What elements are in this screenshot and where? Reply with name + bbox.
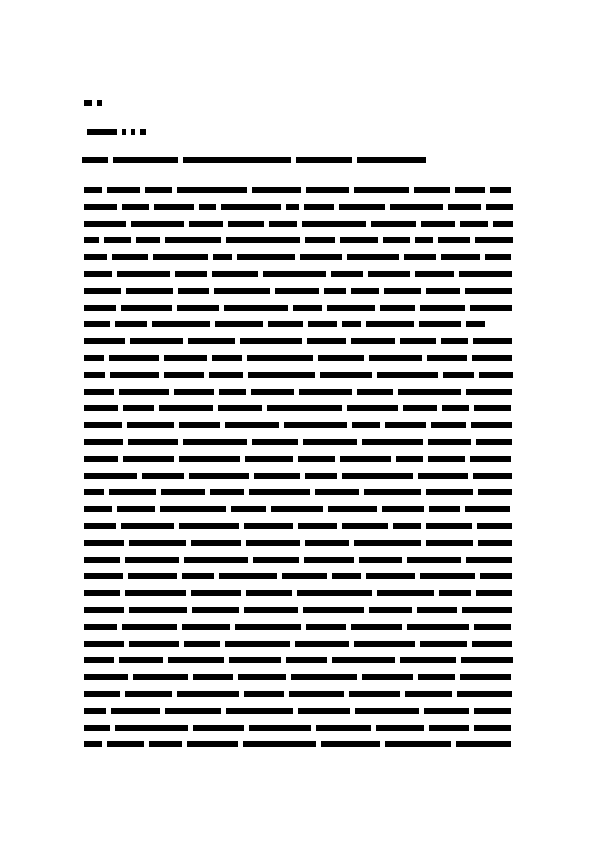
word-block [225, 641, 290, 647]
word-block [351, 624, 402, 630]
word-block [421, 221, 455, 227]
word-block [357, 389, 393, 395]
word-block [149, 741, 182, 747]
word-block [243, 741, 316, 747]
word-block [455, 187, 485, 193]
word-block [268, 321, 303, 327]
word-block [304, 204, 334, 210]
word-block [182, 624, 230, 630]
word-block [84, 221, 126, 227]
word-block [362, 674, 413, 680]
word-block [419, 321, 461, 327]
word-block [253, 557, 299, 563]
word-block [178, 288, 209, 294]
word-block [246, 590, 292, 596]
word-block [193, 674, 233, 680]
word-block [371, 221, 416, 227]
word-block [297, 590, 372, 596]
word-block [420, 641, 467, 647]
word-block [357, 157, 426, 163]
word-block [295, 641, 349, 647]
word-block [400, 338, 436, 344]
word-block [441, 338, 468, 344]
word-block [263, 271, 326, 277]
word-block [479, 372, 513, 378]
word-block [84, 708, 106, 714]
word-block [189, 473, 249, 479]
word-block [377, 372, 438, 378]
word-block [316, 725, 371, 731]
word-block [289, 691, 344, 697]
word-block [465, 506, 510, 512]
word-block [179, 456, 240, 462]
word-block [342, 523, 388, 529]
word-block [142, 473, 184, 479]
word-block [112, 254, 148, 260]
word-block [315, 489, 359, 495]
word-block [462, 607, 512, 613]
word-block [226, 708, 293, 714]
word-block [254, 473, 300, 479]
word-block [417, 607, 457, 613]
word-block [359, 557, 402, 563]
word-block [115, 321, 147, 327]
word-block [307, 338, 346, 344]
word-block [129, 641, 179, 647]
word-block [327, 305, 375, 311]
word-block [125, 691, 172, 697]
word-block [465, 288, 512, 294]
word-block [418, 674, 455, 680]
word-block [427, 355, 467, 361]
word-block [84, 674, 128, 680]
word-block [84, 321, 110, 327]
word-block [84, 573, 123, 579]
word-block [490, 187, 511, 193]
word-block [474, 405, 511, 411]
word-block [404, 254, 436, 260]
word-block [117, 506, 155, 512]
word-block [84, 590, 120, 596]
word-block [107, 741, 144, 747]
word-block [84, 523, 116, 529]
word-block [240, 338, 302, 344]
word-block [249, 725, 311, 731]
word-block [393, 523, 421, 529]
word-block [351, 288, 379, 294]
word-block [159, 405, 213, 411]
word-block [84, 641, 124, 647]
word-block [396, 456, 423, 462]
word-block [303, 607, 364, 613]
word-block [429, 725, 469, 731]
word-block [252, 439, 298, 445]
word-block [420, 305, 465, 311]
word-block [189, 221, 223, 227]
word-block [380, 305, 415, 311]
word-block [127, 422, 174, 428]
word-block [165, 708, 221, 714]
word-block [354, 540, 421, 546]
word-block [109, 489, 156, 495]
word-block [136, 237, 160, 243]
word-block [84, 691, 120, 697]
word-block [179, 523, 239, 529]
word-block [161, 489, 205, 495]
word-block [286, 204, 299, 210]
word-block [109, 355, 159, 361]
word-block [485, 254, 511, 260]
word-block [305, 540, 349, 546]
word-block [441, 254, 480, 260]
word-block [119, 389, 169, 395]
word-block [318, 355, 364, 361]
word-block [165, 237, 221, 243]
word-block [382, 506, 424, 512]
word-block [84, 489, 104, 495]
word-block [472, 355, 512, 361]
word-block [252, 187, 301, 193]
word-block [466, 389, 512, 395]
word-block [193, 725, 244, 731]
word-block [245, 456, 293, 462]
word-block [368, 271, 410, 277]
word-block [133, 674, 188, 680]
word-block [97, 100, 102, 106]
word-block [84, 271, 112, 277]
word-block [153, 254, 208, 260]
word-block [398, 389, 461, 395]
word-block [298, 523, 337, 529]
word-block [308, 321, 337, 327]
word-block [125, 557, 179, 563]
word-block [251, 389, 294, 395]
word-block [84, 204, 117, 210]
word-block [122, 624, 177, 630]
word-block [473, 473, 512, 479]
word-block [235, 624, 301, 630]
word-block [212, 271, 258, 277]
word-block [218, 405, 262, 411]
word-block [478, 489, 512, 495]
word-block [355, 708, 419, 714]
word-block [237, 254, 295, 260]
word-block [493, 221, 513, 227]
word-block [415, 271, 454, 277]
word-block [184, 557, 248, 563]
word-block [477, 523, 512, 529]
word-block [184, 641, 220, 647]
word-block [457, 691, 512, 697]
word-block [400, 657, 456, 663]
word-block [306, 187, 349, 193]
word-block [426, 288, 460, 294]
word-block [187, 741, 238, 747]
word-block [271, 506, 323, 512]
word-block [383, 237, 410, 243]
word-block [420, 573, 475, 579]
word-block [486, 204, 513, 210]
word-block [470, 456, 511, 462]
word-block [213, 254, 232, 260]
word-block [215, 321, 263, 327]
word-block [192, 607, 239, 613]
word-block [362, 439, 423, 445]
word-block [339, 204, 385, 210]
word-block [332, 657, 395, 663]
word-block [244, 691, 284, 697]
word-block [82, 157, 108, 163]
word-block [369, 607, 412, 613]
word-block [160, 506, 226, 512]
word-block [175, 271, 207, 277]
word-block [328, 506, 377, 512]
word-block [84, 237, 99, 243]
word-block [275, 288, 319, 294]
word-block [426, 489, 473, 495]
word-block [191, 540, 241, 546]
word-block [466, 557, 512, 563]
word-block [349, 691, 400, 697]
word-block [438, 237, 470, 243]
word-block [385, 422, 426, 428]
word-block [119, 657, 163, 663]
word-block [470, 305, 512, 311]
word-block [472, 641, 512, 647]
word-block [84, 439, 123, 445]
word-block [284, 422, 347, 428]
word-block [84, 254, 107, 260]
word-block [84, 372, 105, 378]
word-block [456, 741, 511, 747]
word-block [131, 129, 135, 135]
word-block [84, 187, 102, 193]
word-block [299, 389, 352, 395]
word-block [122, 204, 149, 210]
word-block [130, 338, 183, 344]
word-block [115, 725, 188, 731]
word-block [131, 221, 184, 227]
word-block [405, 691, 452, 697]
word-block [460, 674, 511, 680]
word-block [306, 624, 346, 630]
word-block [352, 422, 380, 428]
word-block [129, 607, 187, 613]
word-block [128, 573, 177, 579]
word-block [110, 372, 159, 378]
word-block [87, 129, 117, 135]
word-block [476, 439, 512, 445]
word-block [302, 221, 366, 227]
word-block [298, 456, 335, 462]
word-block [461, 657, 513, 663]
word-block [113, 157, 178, 163]
word-block [199, 204, 216, 210]
word-block [244, 607, 298, 613]
word-block [426, 540, 473, 546]
word-block [269, 221, 297, 227]
word-block [474, 708, 511, 714]
word-block [84, 100, 92, 106]
word-block [443, 372, 474, 378]
word-block [293, 305, 322, 311]
word-block [84, 456, 118, 462]
word-block [459, 271, 512, 277]
word-block [366, 321, 414, 327]
word-block [182, 573, 214, 579]
word-block [384, 288, 421, 294]
word-block [282, 573, 327, 579]
word-block [418, 473, 468, 479]
word-block [305, 473, 337, 479]
word-block [123, 456, 174, 462]
word-block [324, 288, 346, 294]
word-block [84, 506, 112, 512]
word-block [219, 573, 277, 579]
word-block [84, 288, 121, 294]
word-block [183, 157, 291, 163]
word-block [84, 607, 124, 613]
word-block [122, 129, 126, 135]
word-block [474, 624, 511, 630]
word-block [221, 204, 281, 210]
word-block [340, 456, 391, 462]
word-block [298, 708, 350, 714]
word-block [177, 187, 247, 193]
word-block [428, 439, 471, 445]
word-block [219, 389, 246, 395]
word-block [225, 422, 279, 428]
word-block [286, 657, 327, 663]
word-block [84, 405, 118, 411]
word-block [212, 355, 242, 361]
word-block [177, 305, 219, 311]
word-block [174, 389, 214, 395]
word-block [303, 439, 357, 445]
word-block [191, 590, 241, 596]
word-block [84, 355, 104, 361]
word-block [214, 288, 270, 294]
word-block [84, 657, 114, 663]
word-block [428, 456, 465, 462]
word-block [351, 338, 395, 344]
word-block [84, 473, 137, 479]
word-block [305, 237, 335, 243]
word-block [228, 221, 264, 227]
word-block [177, 691, 239, 697]
word-block [403, 405, 437, 411]
word-block [390, 204, 443, 210]
word-block [369, 355, 422, 361]
word-block [332, 573, 361, 579]
word-block [347, 254, 399, 260]
word-block [123, 405, 154, 411]
word-block [125, 590, 186, 596]
word-block [354, 187, 409, 193]
word-block [210, 489, 244, 495]
word-block [84, 540, 124, 546]
word-block [231, 506, 266, 512]
word-block [84, 305, 116, 311]
word-block [342, 321, 361, 327]
word-block [111, 708, 160, 714]
word-block [84, 338, 125, 344]
word-block [152, 321, 210, 327]
word-block [188, 338, 235, 344]
word-block [340, 237, 378, 243]
word-block [426, 523, 472, 529]
word-block [475, 237, 513, 243]
word-block [442, 405, 469, 411]
word-block [291, 674, 357, 680]
word-block [460, 221, 488, 227]
word-block [164, 372, 204, 378]
word-block [407, 557, 461, 563]
word-block [249, 489, 310, 495]
word-block [321, 741, 380, 747]
word-block [229, 657, 281, 663]
word-block [304, 557, 354, 563]
word-block [296, 157, 352, 163]
word-block [347, 405, 398, 411]
word-block [320, 372, 372, 378]
word-block [84, 741, 102, 747]
word-block [377, 590, 434, 596]
word-block [376, 725, 424, 731]
word-block [84, 422, 122, 428]
word-block [84, 624, 117, 630]
word-block [238, 674, 286, 680]
word-block [354, 641, 415, 647]
word-block [140, 129, 146, 135]
word-block [164, 355, 207, 361]
word-block [366, 573, 415, 579]
word-block [480, 573, 512, 579]
word-block [209, 372, 243, 378]
word-block [474, 725, 511, 731]
word-block [364, 489, 421, 495]
word-block [385, 741, 451, 747]
word-block [183, 439, 247, 445]
word-block [471, 422, 512, 428]
word-block [121, 305, 172, 311]
word-block [431, 422, 466, 428]
word-block [478, 540, 512, 546]
word-block [246, 540, 300, 546]
word-block [476, 590, 512, 596]
word-block [117, 271, 170, 277]
word-block [448, 204, 481, 210]
word-block [300, 254, 342, 260]
word-block [128, 439, 178, 445]
word-block [145, 187, 172, 193]
word-block [473, 338, 512, 344]
word-block [84, 389, 114, 395]
word-block [168, 657, 224, 663]
word-block [107, 187, 140, 193]
word-block [129, 540, 186, 546]
word-block [331, 271, 363, 277]
word-block [439, 590, 471, 596]
word-block [179, 422, 220, 428]
word-block [247, 355, 313, 361]
word-block [429, 506, 460, 512]
word-block [84, 725, 110, 731]
word-block [414, 187, 450, 193]
word-block [121, 523, 174, 529]
word-block [154, 204, 194, 210]
word-block [104, 237, 131, 243]
